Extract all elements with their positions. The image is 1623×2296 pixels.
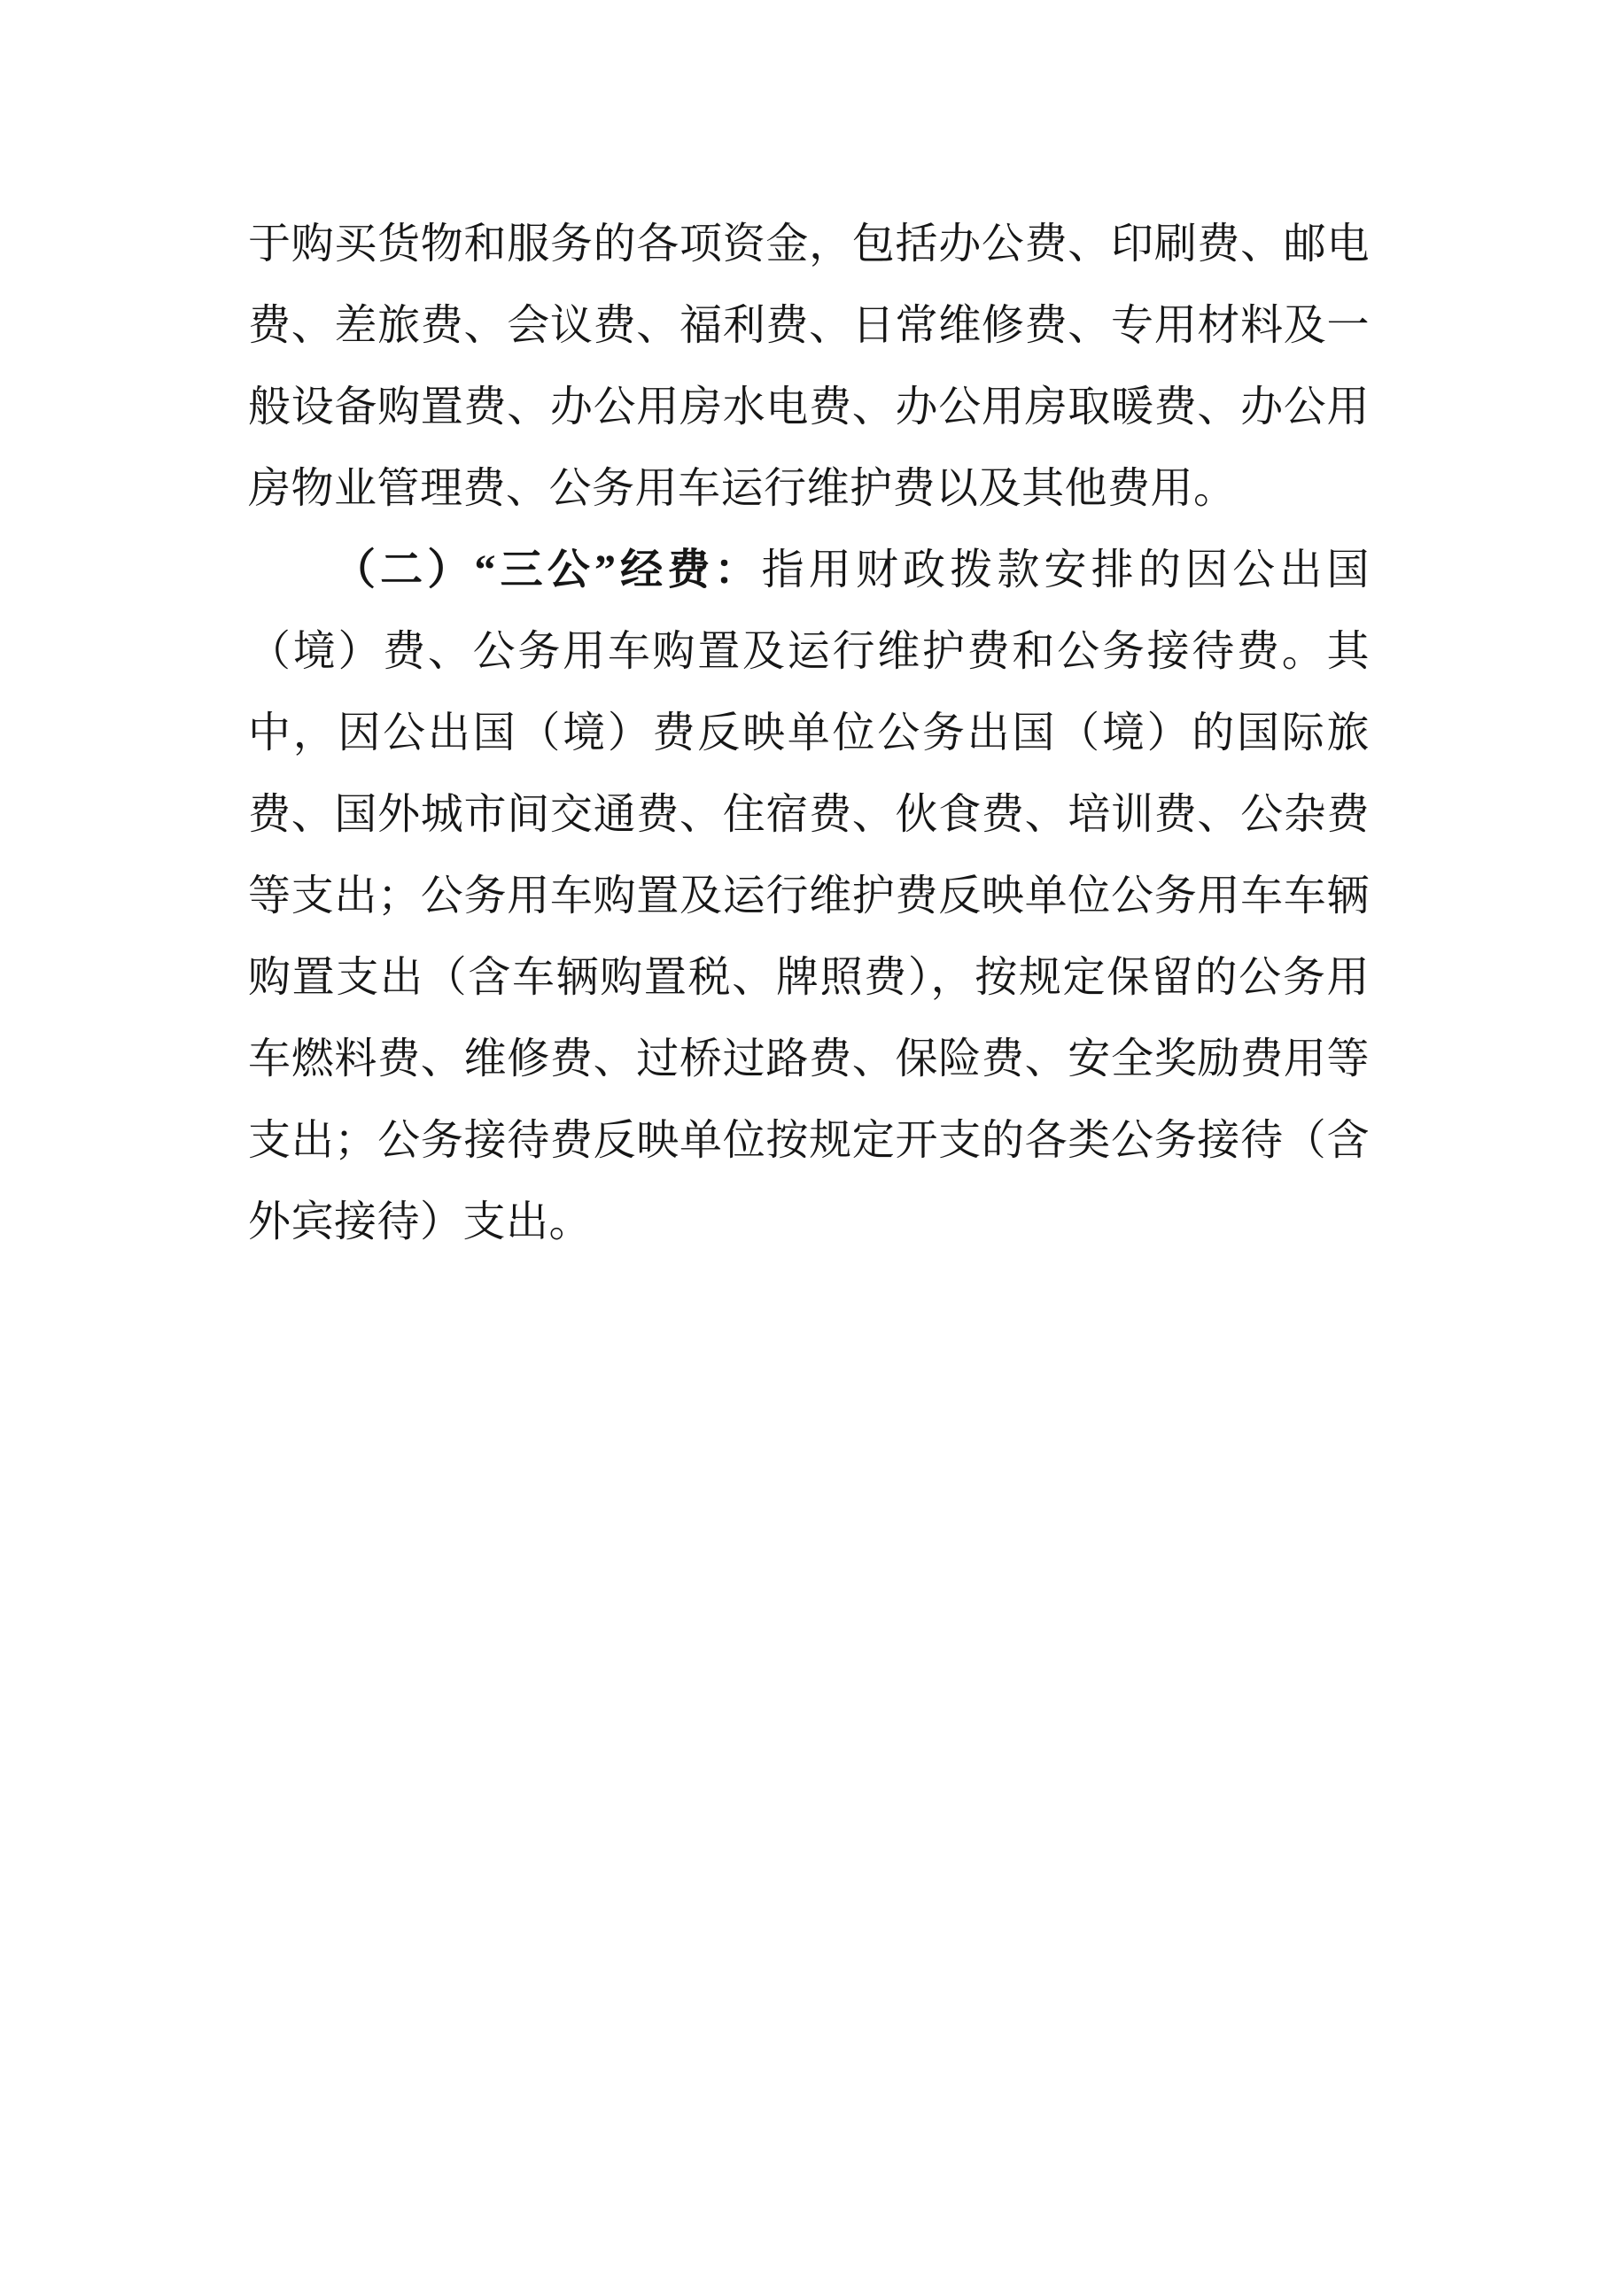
paragraph-lead-bold: （二）“三公”经费： — [333, 547, 762, 593]
paragraph-goods-and-services: 于购买货物和服务的各项资金，包括办公费、印刷费、邮电费、差旅费、会议费、福利费、… — [248, 204, 1370, 530]
document-page: 于购买货物和服务的各项资金，包括办公费、印刷费、邮电费、差旅费、会议费、福利费、… — [0, 0, 1623, 2296]
paragraph-sangong-funds-definition: （二）“三公”经费：指用财政拨款安排的因公出国（境）费、公务用车购置及运行维护费… — [248, 530, 1370, 1263]
text-block: 于购买货物和服务的各项资金，包括办公费、印刷费、邮电费、差旅费、会议费、福利费、… — [248, 204, 1370, 1263]
paragraph-text: 于购买货物和服务的各项资金，包括办公费、印刷费、邮电费、差旅费、会议费、福利费、… — [248, 221, 1370, 512]
paragraph-text: 指用财政拨款安排的因公出国（境）费、公务用车购置及运行维护费和公务接待费。其中，… — [248, 547, 1370, 1245]
